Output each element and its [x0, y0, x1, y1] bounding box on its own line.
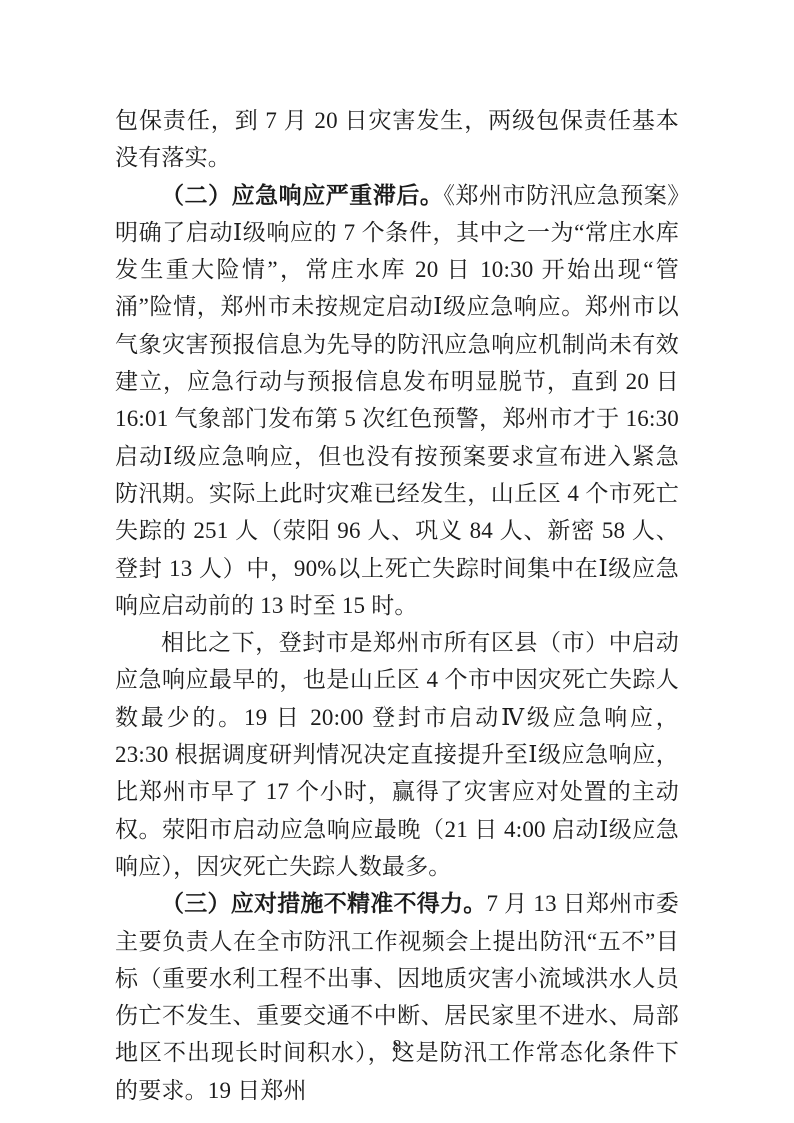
document-page: 包保责任，到 7 月 20 日灾害发生，两级包保责任基本没有落实。 （二）应急响…	[0, 0, 794, 1123]
section-heading-2: （二）应急响应严重滞后。	[161, 183, 443, 208]
body-text-run: 相比之下，登封市是郑州市所有区县（市）中启动应急响应最早的，也是山丘区 4 个市…	[115, 630, 679, 879]
body-text-run: 《郑州市防汛应急预案》明确了启动Ⅰ级响应的 7 个条件，其中之一为“常庄水库发生…	[115, 183, 679, 618]
paragraph-section-3: （三）应对措施不精准不得力。7 月 13 日郑州市委主要负责人在全市防汛工作视频…	[115, 885, 679, 1109]
document-body: 包保责任，到 7 月 20 日灾害发生，两级包保责任基本没有落实。 （二）应急响…	[115, 102, 679, 1109]
body-text-run: 7 月 13 日郑州市委主要负责人在全市防汛工作视频会上提出防汛“五不”目标（重…	[115, 891, 679, 1102]
paragraph-section-2: （二）应急响应严重滞后。《郑州市防汛应急预案》明确了启动Ⅰ级响应的 7 个条件，…	[115, 177, 679, 625]
body-text-run: 包保责任，到 7 月 20 日灾害发生，两级包保责任基本没有落实。	[115, 108, 679, 170]
paragraph-comparison: 相比之下，登封市是郑州市所有区县（市）中启动应急响应最早的，也是山丘区 4 个市…	[115, 624, 679, 885]
section-heading-3: （三）应对措施不精准不得力。	[161, 891, 486, 916]
page-number: 8	[115, 1034, 679, 1058]
paragraph-continuation: 包保责任，到 7 月 20 日灾害发生，两级包保责任基本没有落实。	[115, 102, 679, 177]
